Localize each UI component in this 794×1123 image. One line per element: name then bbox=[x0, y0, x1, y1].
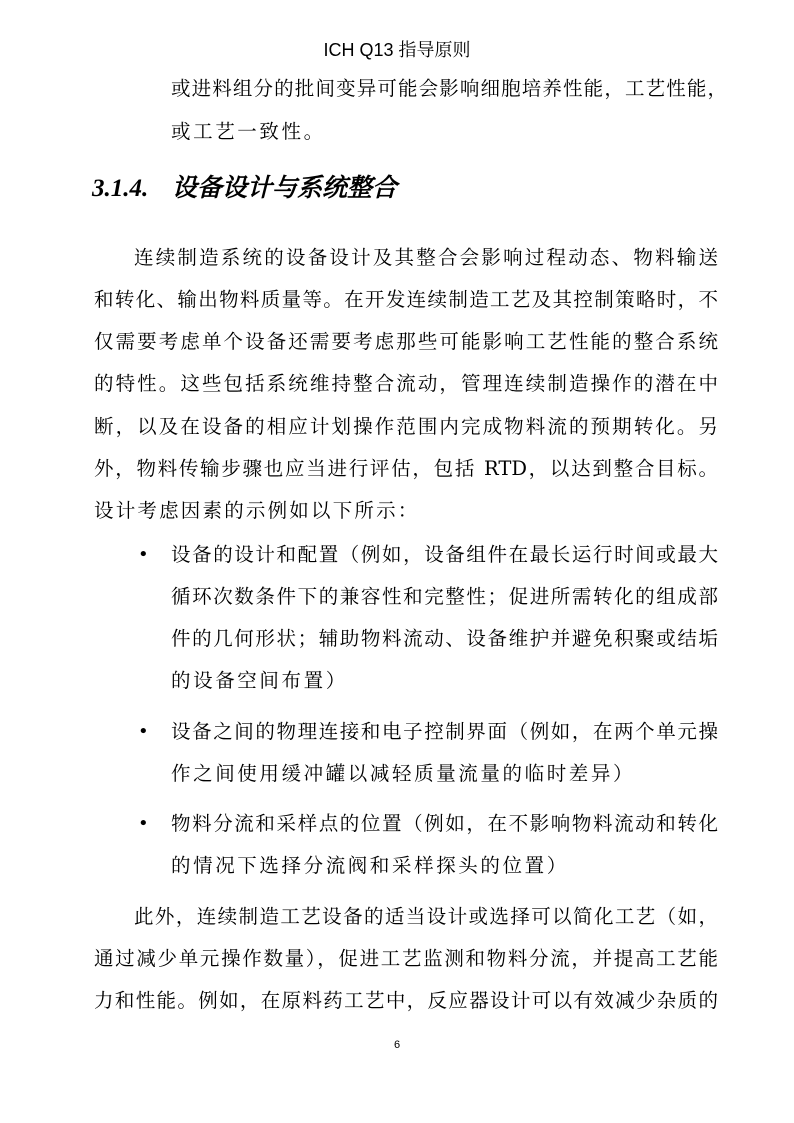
paragraph-line: 力和性能。例如，在原料药工艺中，反应器设计可以有效减少杂质的 bbox=[94, 988, 718, 1014]
paragraph-line: 设计考虑因素的示例如以下所示： bbox=[94, 498, 420, 524]
list-item-line: 作之间使用缓冲罐以减轻质量流量的临时差异） bbox=[171, 761, 635, 787]
list-item-line: 循环次数条件下的兼容性和完整性；促进所需转化的组成部 bbox=[171, 584, 718, 610]
list-item-line: 的设备空间布置） bbox=[171, 668, 348, 694]
paragraph-line: 和转化、输出物料质量等。在开发连续制造工艺及其控制策略时，不 bbox=[94, 287, 718, 313]
page-number: 6 bbox=[0, 1038, 794, 1052]
list-item-line: 件的几何形状；辅助物料流动、设备维护并避免积聚或结垢 bbox=[171, 626, 718, 652]
list-item-line: 的情况下选择分流阀和采样探头的位置） bbox=[171, 853, 569, 879]
paragraph-line: 此外，连续制造工艺设备的适当设计或选择可以简化工艺（如， bbox=[134, 904, 718, 930]
bullet-icon: • bbox=[138, 542, 149, 568]
continuation-line: 或工艺一致性。 bbox=[171, 119, 326, 145]
section-number: 3.1.4. bbox=[92, 172, 172, 206]
paragraph-line: 断，以及在设备的相应计划操作范围内完成物料流的预期转化。另 bbox=[94, 414, 718, 440]
section-heading: 3.1.4.设备设计与系统整合 bbox=[92, 172, 397, 206]
section-title: 设备设计与系统整合 bbox=[172, 175, 397, 202]
bullet-icon: • bbox=[138, 811, 149, 837]
page-header: ICH Q13 指导原则 bbox=[0, 38, 794, 62]
paragraph-line: 的特性。这些包括系统维持整合流动，管理连续制造操作的潜在中 bbox=[94, 371, 718, 397]
continuation-line: 或进料组分的批间变异可能会影响细胞培养性能，工艺性能， bbox=[171, 76, 727, 102]
bullet-icon: • bbox=[138, 719, 149, 745]
list-item-line: 物料分流和采样点的位置（例如，在不影响物料流动和转化 bbox=[171, 811, 718, 837]
paragraph-line: 外，物料传输步骤也应当进行评估，包括 RTD，以达到整合目标。 bbox=[94, 456, 718, 482]
paragraph-line: 通过减少单元操作数量），促进工艺监测和物料分流，并提高工艺能 bbox=[94, 946, 718, 972]
list-item-line: 设备之间的物理连接和电子控制界面（例如，在两个单元操 bbox=[171, 719, 718, 745]
paragraph-line: 仅需要考虑单个设备还需要考虑那些可能影响工艺性能的整合系统 bbox=[94, 329, 718, 355]
list-item-line: 设备的设计和配置（例如，设备组件在最长运行时间或最大 bbox=[171, 542, 718, 568]
paragraph-line: 连续制造系统的设备设计及其整合会影响过程动态、物料输送 bbox=[134, 245, 718, 271]
